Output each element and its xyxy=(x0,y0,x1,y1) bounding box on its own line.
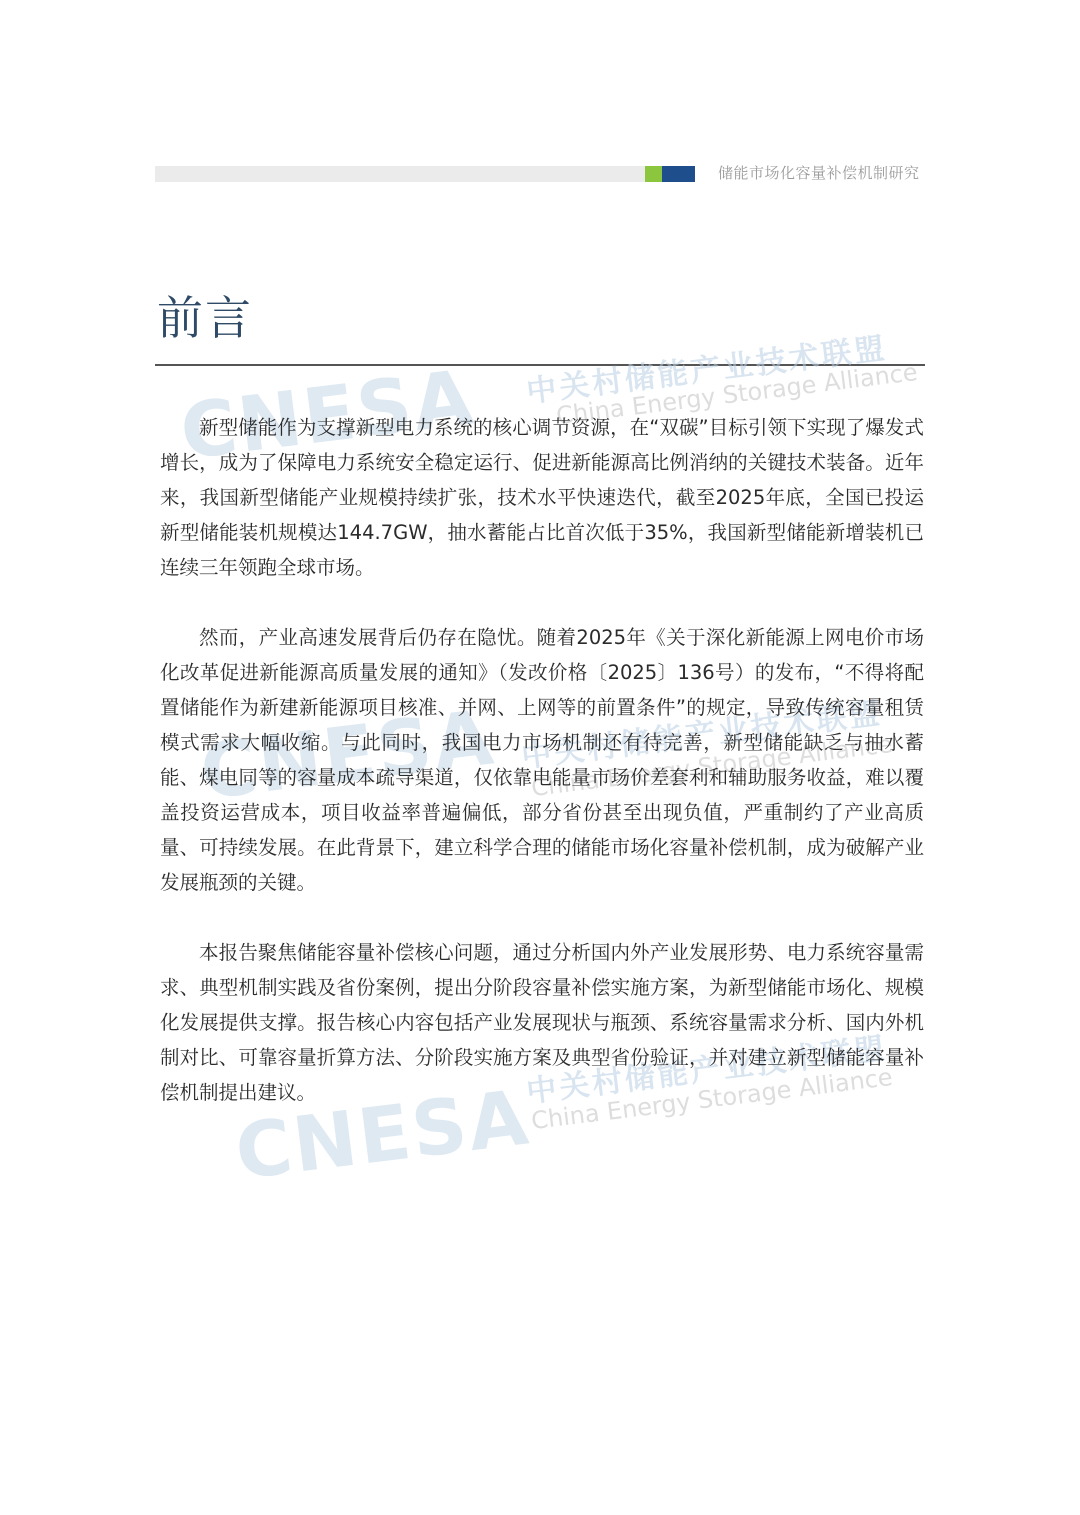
header-accent-blue xyxy=(662,166,695,182)
paragraph-1: 新型储能作为支撑新型电力系统的核心调节资源，在“双碳”目标引领下实现了爆发式增长… xyxy=(160,410,924,585)
body-text: 新型储能作为支撑新型电力系统的核心调节资源，在“双碳”目标引领下实现了爆发式增长… xyxy=(160,410,924,1145)
header-band xyxy=(155,166,695,182)
header-band-track xyxy=(155,166,645,182)
document-page: 储能市场化容量补偿机制研究 前言 CNESA 中关村储能产业技术联盟 China… xyxy=(0,0,1080,1515)
watermark-cn-text: 中关村储能产业技术联盟 xyxy=(524,323,890,411)
paragraph-2: 然而，产业高速发展背后仍存在隐忧。随着2025年《关于深化新能源上网电价市场化改… xyxy=(160,620,924,900)
running-title: 储能市场化容量补偿机制研究 xyxy=(718,162,920,183)
title-divider xyxy=(155,364,925,366)
header-accent-green xyxy=(645,166,662,182)
paragraph-3: 本报告聚焦储能容量补偿核心问题，通过分析国内外产业发展形势、电力系统容量需求、典… xyxy=(160,935,924,1110)
page-title: 前言 xyxy=(157,282,253,348)
